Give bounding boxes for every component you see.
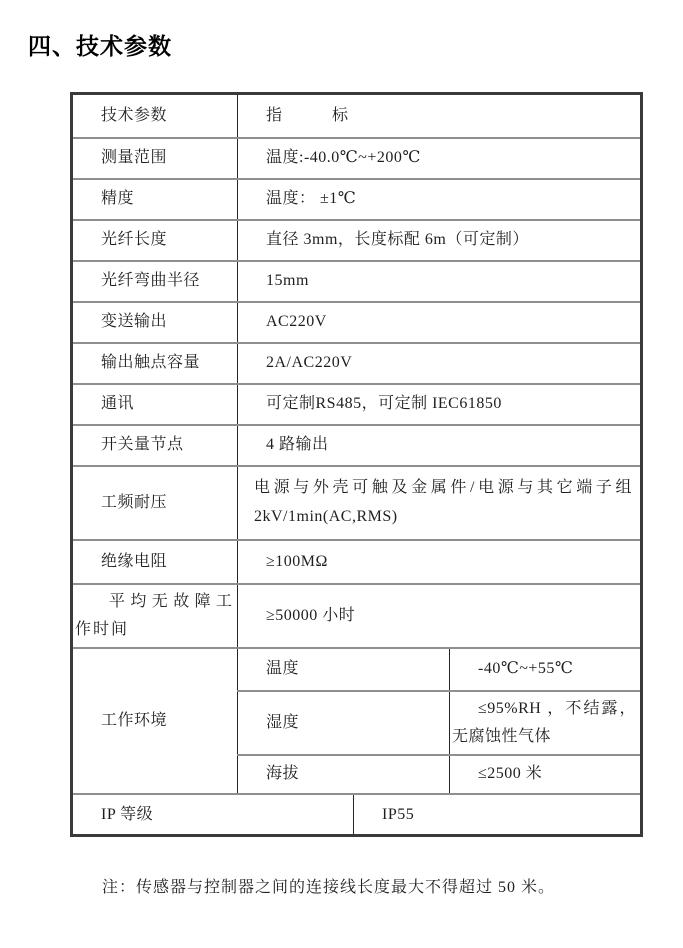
param-value-cell: 4 路输出 (238, 425, 642, 466)
ip-rating-row: IP 等级 IP55 (72, 794, 642, 836)
environment-value-cell: ≤95%RH ，不结露，无腐蚀性气体 (450, 691, 642, 755)
environment-value-cell: -40℃~+55℃ (450, 648, 642, 691)
param-label-cell: 变送输出 (72, 302, 238, 343)
table-row: 通讯 可定制RS485，可定制 IEC61850 (72, 384, 642, 425)
environment-param-cell: 海拔 (238, 755, 450, 794)
param-value-cell: 电源与外壳可触及金属件/电源与其它端子组 2kV/1min(AC,RMS) (238, 466, 642, 540)
environment-param-cell: 温度 (238, 648, 450, 691)
ip-value-cell: IP55 (354, 794, 642, 836)
table-row: 光纤长度 直径 3mm，长度标配 6m（可定制） (72, 220, 642, 261)
param-value-cell: 可定制RS485，可定制 IEC61850 (238, 384, 642, 425)
environment-row-temperature: 工作环境 温度 -40℃~+55℃ (72, 648, 642, 691)
table-row: 开关量节点 4 路输出 (72, 425, 642, 466)
param-value-cell: 温度： ±1℃ (238, 179, 642, 220)
param-value-cell: AC220V (238, 302, 642, 343)
ip-label-cell: IP 等级 (72, 794, 354, 836)
param-label-cell: 测量范围 (72, 138, 238, 179)
table-row: 精度 温度： ±1℃ (72, 179, 642, 220)
table-row: 光纤弯曲半径 15mm (72, 261, 642, 302)
param-value-cell: 2A/AC220V (238, 343, 642, 384)
param-label-cell: 输出触点容量 (72, 343, 238, 384)
param-label-cell: 通讯 (72, 384, 238, 425)
table-row: 工频耐压 电源与外壳可触及金属件/电源与其它端子组 2kV/1min(AC,RM… (72, 466, 642, 540)
param-label-cell: 精度 (72, 179, 238, 220)
table-row: 测量范围 温度:-40.0℃~+200℃ (72, 138, 642, 179)
table-row: 平均无故障工作时间 ≥50000 小时 (72, 584, 642, 648)
param-label-cell: 光纤长度 (72, 220, 238, 261)
param-label-cell: 平均无故障工作时间 (72, 584, 238, 648)
param-value-cell: 温度:-40.0℃~+200℃ (238, 138, 642, 179)
section-title: 四、技术参数 (28, 28, 172, 61)
param-value-cell: 15mm (238, 261, 642, 302)
header-param-cell: 技术参数 (72, 94, 238, 138)
param-label-cell: 开关量节点 (72, 425, 238, 466)
table-row: 变送输出 AC220V (72, 302, 642, 343)
table-row: 绝缘电阻 ≥100MΩ (72, 540, 642, 584)
table-row: 输出触点容量 2A/AC220V (72, 343, 642, 384)
spec-table: 技术参数 指 标 测量范围 温度:-40.0℃~+200℃ 精度 温度： ±1℃… (70, 92, 643, 837)
table-header-row: 技术参数 指 标 (72, 94, 642, 138)
param-label-cell: 工频耐压 (72, 466, 238, 540)
param-label-cell: 光纤弯曲半径 (72, 261, 238, 302)
environment-param-cell: 湿度 (238, 691, 450, 755)
param-label-cell: 绝缘电阻 (72, 540, 238, 584)
header-value-cell: 指 标 (238, 94, 642, 138)
environment-group-label-cell: 工作环境 (72, 648, 238, 794)
param-value-cell: ≥100MΩ (238, 540, 642, 584)
param-value-cell: 直径 3mm，长度标配 6m（可定制） (238, 220, 642, 261)
environment-value-cell: ≤2500 米 (450, 755, 642, 794)
param-value-cell: ≥50000 小时 (238, 584, 642, 648)
note-text: 注：传感器与控制器之间的连接线长度最大不得超过 50 米。 (102, 874, 555, 897)
document-page: 四、技术参数 技术参数 指 标 测量范围 温度:-40.0℃~+200℃ 精度 … (0, 0, 683, 948)
